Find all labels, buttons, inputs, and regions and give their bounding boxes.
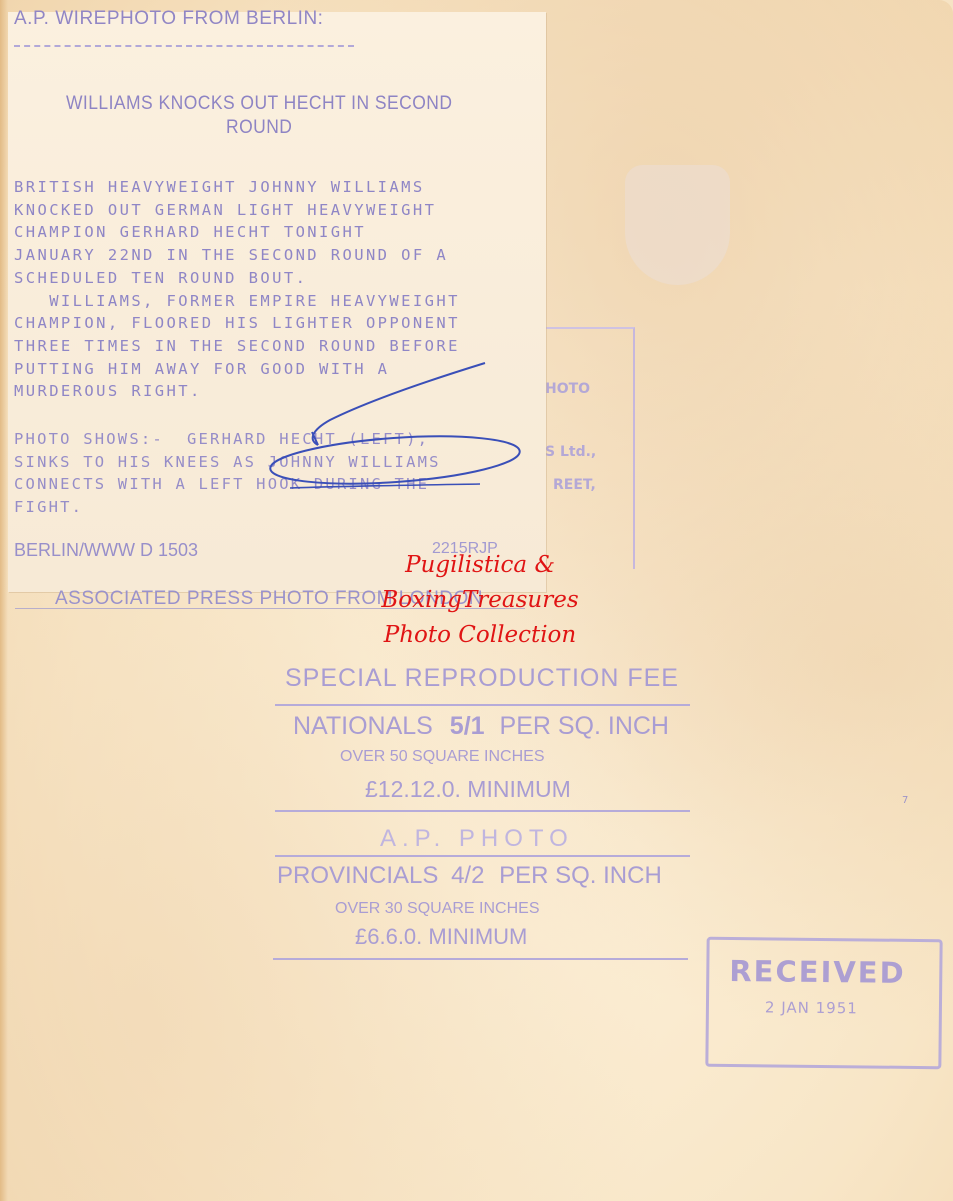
- provincials-rate: 4/2: [451, 862, 484, 889]
- nationals-minimum: £12.12.0. MINIMUM: [365, 776, 571, 803]
- caption-line: PUTTING HIM AWAY FOR GOOD WITH A: [14, 358, 460, 381]
- collection-watermark: Pugilistica & BoxingTreasures Photo Coll…: [360, 548, 600, 653]
- caption-line: SCHEDULED TEN ROUND BOUT.: [14, 267, 460, 290]
- caption-line: MURDEROUS RIGHT.: [14, 380, 460, 403]
- fee-divider: [275, 855, 690, 857]
- photo-shows-line: FIGHT.: [14, 496, 441, 519]
- fee-title: SPECIAL REPRODUCTION FEE: [285, 664, 679, 693]
- photo-shows-line: PHOTO SHOWS:- GERHARD HECHT (LEFT),: [14, 428, 441, 451]
- caption-body: BRITISH HEAVYWEIGHT JOHNNY WILLIAMS KNOC…: [14, 176, 460, 403]
- caption-line: JANUARY 22ND IN THE SECOND ROUND OF A: [14, 244, 460, 267]
- caption-headline: WILLIAMS KNOCKS OUT HECHT IN SECOND ROUN…: [20, 92, 498, 140]
- received-title: RECEIVED: [729, 954, 906, 990]
- fee-nationals: NATIONALS 5/1 PER SQ. INCH: [293, 712, 669, 741]
- nationals-rate: 5/1: [450, 712, 485, 740]
- caption-line: BRITISH HEAVYWEIGHT JOHNNY WILLIAMS: [14, 176, 460, 199]
- caption-line: CHAMPION, FLOORED HIS LIGHTER OPPONENT: [14, 312, 460, 335]
- caption-line: WILLIAMS, FORMER EMPIRE HEAVYWEIGHT: [14, 290, 460, 313]
- received-date: 2 JAN 1951: [765, 998, 858, 1017]
- fee-provincials: PROVINCIALS 4/2 PER SQ. INCH: [277, 862, 662, 890]
- fee-divider: [273, 958, 688, 960]
- paper-edge: [0, 0, 8, 1201]
- stamp-fragment: HOTO: [545, 381, 590, 397]
- photo-shows-block: PHOTO SHOWS:- GERHARD HECHT (LEFT), SINK…: [14, 428, 441, 518]
- stamp-fragment: S Ltd.,: [545, 444, 596, 460]
- provincials-unit: PER SQ. INCH: [499, 862, 662, 889]
- hidden-agency-stamp: HOTO S Ltd., REET,: [543, 327, 635, 569]
- provincials-label: PROVINCIALS: [277, 862, 438, 889]
- photo-shows-line: CONNECTS WITH A LEFT HOOK DURING THE: [14, 473, 441, 496]
- nationals-label: NATIONALS: [293, 712, 433, 740]
- wirephoto-header: A.P. WIREPHOTO FROM BERLIN:: [14, 8, 323, 30]
- provincials-condition: OVER 30 SQUARE INCHES: [335, 900, 540, 918]
- caption-line: THREE TIMES IN THE SECOND ROUND BEFORE: [14, 335, 460, 358]
- caption-line: KNOCKED OUT GERMAN LIGHT HEAVYWEIGHT: [14, 199, 460, 222]
- nationals-condition: OVER 50 SQUARE INCHES: [340, 748, 545, 766]
- fee-divider: [275, 704, 690, 706]
- received-stamp: RECEIVED 2 JAN 1951: [705, 937, 942, 1069]
- paper-stain: [625, 165, 730, 285]
- watermark-line: Photo Collection: [360, 618, 600, 653]
- photo-reference: BERLIN/WWW D 1503: [14, 540, 198, 561]
- watermark-line: Pugilistica &: [360, 548, 600, 583]
- photo-shows-line: SINKS TO HIS KNEES AS JOHNNY WILLIAMS: [14, 451, 441, 474]
- photo-back-card: HOTO S Ltd., REET, A.P. WIREPHOTO FROM B…: [0, 0, 953, 1201]
- nationals-unit: PER SQ. INCH: [500, 712, 669, 740]
- fee-divider: [275, 810, 690, 812]
- provincials-minimum: £6.6.0. MINIMUM: [355, 924, 527, 950]
- margin-mark: 7: [902, 795, 908, 806]
- header-divider: [14, 45, 354, 47]
- fee-agency: A.P. PHOTO: [380, 825, 574, 853]
- caption-line: CHAMPION GERHARD HECHT TONIGHT: [14, 221, 460, 244]
- watermark-line: BoxingTreasures: [360, 583, 600, 618]
- stamp-fragment: REET,: [553, 477, 596, 493]
